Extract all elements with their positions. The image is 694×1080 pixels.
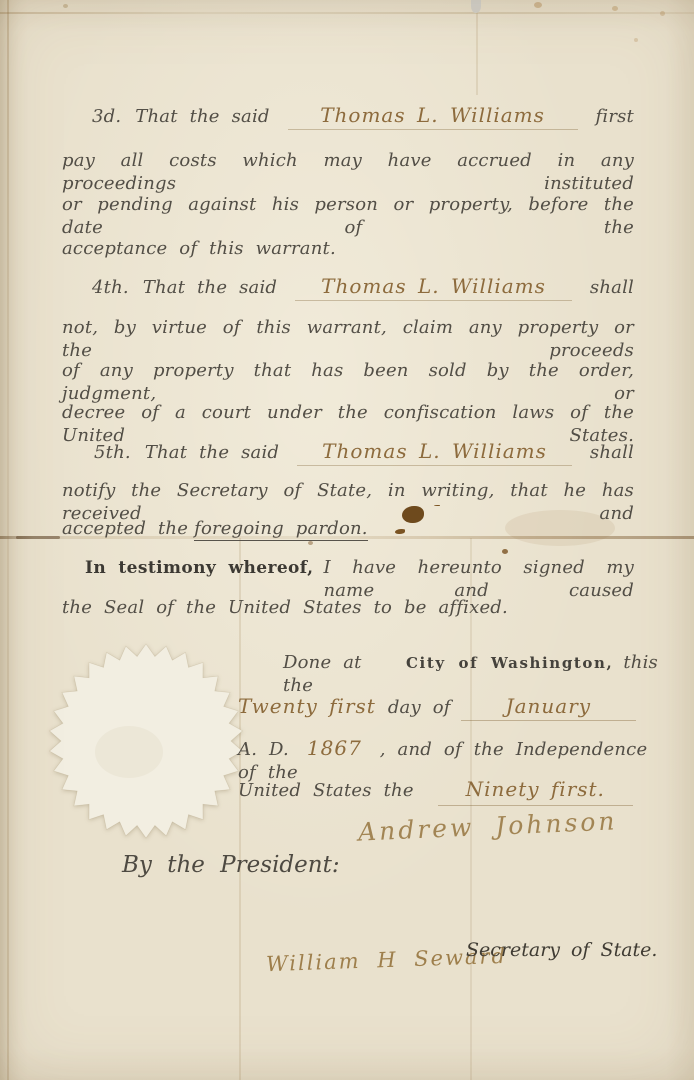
clause-close-line: accepted theforegoing pardon.: [62, 518, 634, 541]
fold-crease-top: [0, 12, 694, 14]
clause-body-line: pay all costs which may have accrued in …: [62, 150, 634, 195]
clause-body-line: or pending against his person or propert…: [62, 194, 634, 239]
pardonee-name: Thomas L. Williams: [322, 439, 547, 463]
day-of-label: day of: [388, 697, 451, 720]
handwritten-day: Twenty first: [238, 694, 376, 719]
name-blank-line: Thomas L. Williams: [295, 274, 572, 301]
clause-body-line: of any property that has been sold by th…: [62, 360, 634, 405]
done-suffix: this: [623, 652, 658, 675]
foxing-spot: [660, 11, 665, 16]
independence-year-line: United States the Ninety first.: [238, 777, 654, 806]
stain-dot: [502, 549, 508, 554]
pardon-document: 3d. That the said Thomas L. Williams fir…: [0, 0, 694, 1080]
clause-number: 5th.: [94, 442, 131, 465]
testimony-lead: In testimony whereof,: [85, 558, 313, 579]
handwritten-year: 1867: [307, 736, 362, 760]
foxing-spot: [63, 4, 68, 8]
clause-tail: shall: [590, 277, 634, 300]
handwritten-month: January: [506, 694, 592, 718]
fold-crease-dark-segment: [16, 536, 60, 539]
clause-body-line: acceptance of this warrant.: [62, 238, 634, 261]
month-blank-line: January: [461, 694, 636, 721]
independence-year-blank: Ninety first.: [438, 777, 633, 806]
clause-number: 3d.: [92, 106, 121, 129]
testimony-line-2: the Seal of the United States to be affi…: [62, 597, 634, 620]
president-signature: Andrew Johnson: [357, 806, 618, 846]
clause-lead: That the said: [135, 106, 269, 129]
clause-3d-heading: 3d. That the said Thomas L. Williams fir…: [92, 103, 634, 130]
pardonee-name: Thomas L. Williams: [320, 103, 545, 127]
clause-4th-heading: 4th. That the said Thomas L. Williams sh…: [92, 274, 634, 301]
done-at-line: Done at the City of Washington, this: [283, 652, 658, 697]
clause-close-prefix: accepted the: [62, 518, 188, 539]
united-states-the: United States the: [238, 780, 414, 801]
underlined-phrase: foregoing pardon.: [194, 518, 368, 541]
clause-body-line: not, by virtue of this warrant, claim an…: [62, 317, 634, 362]
ad-label: A. D.: [238, 739, 289, 760]
handwritten-independence-year: Ninety first.: [466, 777, 605, 801]
clause-5th-heading: 5th. That the said Thomas L. Williams sh…: [94, 439, 634, 466]
clause-lead: That the said: [143, 277, 277, 300]
testimony-rest: I have hereunto signed my name and cause…: [323, 557, 634, 602]
name-blank-line: Thomas L. Williams: [288, 103, 578, 130]
foxing-spot: [612, 6, 618, 11]
by-the-president-label: By the President:: [122, 852, 340, 878]
clause-tail: shall: [590, 442, 634, 465]
done-prefix: Done at the: [283, 652, 396, 697]
pardonee-name: Thomas L. Williams: [321, 274, 546, 298]
fold-crease-left: [7, 0, 9, 1080]
clause-tail: first: [596, 106, 635, 129]
secretary-of-state-label: Secretary of State.: [466, 939, 657, 961]
embossed-seal: [47, 642, 245, 840]
independence-text: , and of the Independence of the: [238, 739, 647, 783]
stain-dot: [308, 541, 313, 545]
place-name: City of Washington,: [406, 654, 613, 673]
foxing-spot: [534, 2, 542, 8]
date-line: Twenty first day of January: [238, 694, 636, 721]
foxing-spot: [634, 38, 638, 42]
paper-chip: [471, 0, 481, 13]
clause-number: 4th.: [92, 277, 129, 300]
fold-crease-vertical-top: [476, 0, 478, 95]
name-blank-line: Thomas L. Williams: [297, 439, 572, 466]
testimony-line: In testimony whereof, I have hereunto si…: [85, 557, 634, 602]
clause-lead: That the said: [145, 442, 279, 465]
